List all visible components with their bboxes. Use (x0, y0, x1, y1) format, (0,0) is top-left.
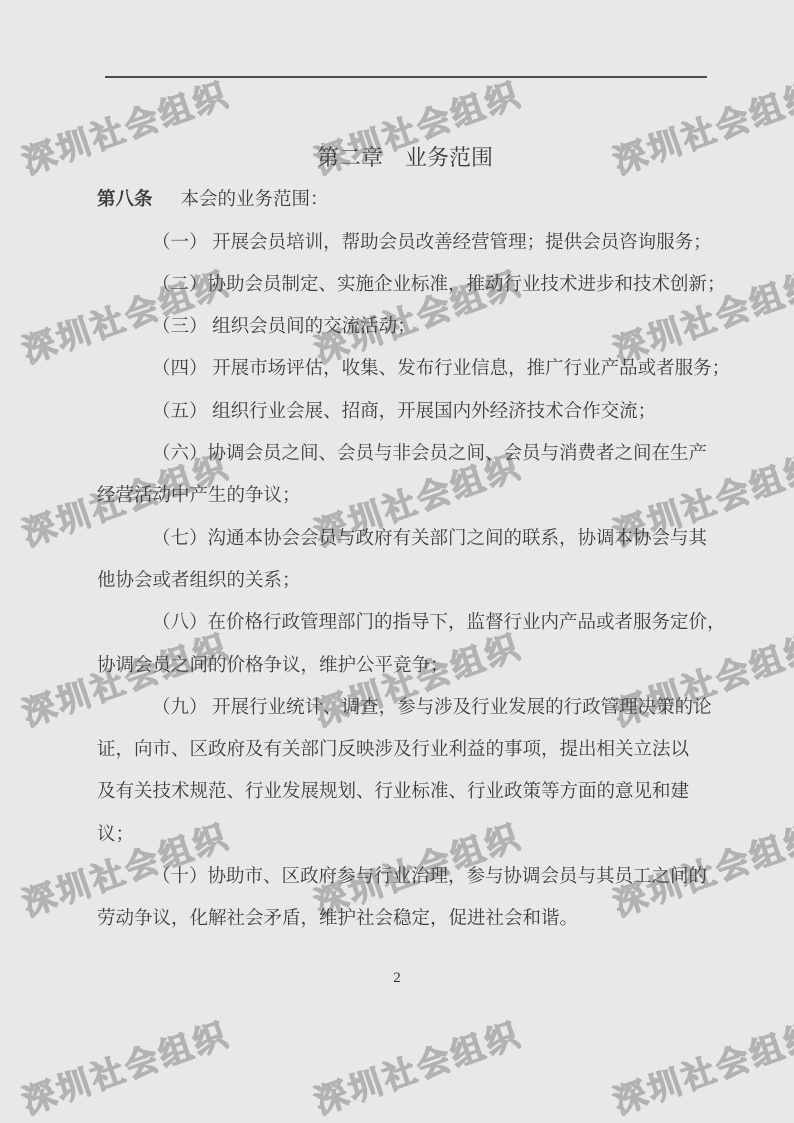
body-line: （四） 开展市场评估，收集、发布行业信息，推广行业产品或者服务； (97, 348, 713, 390)
watermark-text: 深圳社会组织 (8, 1016, 248, 1120)
watermark-text: 深圳社会组织 (599, 1016, 794, 1120)
body-line: 及有关技术规范、行业发展规划、行业标准、行业政策等方面的意见和建 (97, 771, 713, 813)
body-line: （二）协助会员制定、实施企业标准，推动行业技术进步和技术创新； (97, 264, 713, 306)
chapter-title: 第二章 业务范围 (97, 137, 713, 179)
article-body: （一） 开展会员培训，帮助会员改善经营管理；提供会员咨询服务；（二）协助会员制定… (97, 222, 713, 941)
body-line: （六）协调会员之间、会员与非会员之间、会员与消费者之间在生产 (97, 433, 713, 475)
body-line: （一） 开展会员培训，帮助会员改善经营管理；提供会员咨询服务； (97, 222, 713, 264)
body-line: （五） 组织行业会展、招商，开展国内外经济技术合作交流； (97, 391, 713, 433)
svg-text:深圳社会组织: 深圳社会组织 (608, 1014, 794, 1121)
body-line: 议； (97, 814, 713, 856)
article-number: 第八条 (97, 190, 153, 210)
svg-text:深圳社会组织: 深圳社会组织 (17, 1014, 234, 1121)
body-line: （十）协助市、区政府参与行业治理，参与协调会员与其员工之间的 (97, 856, 713, 898)
document-content: 第二章 业务范围 第八条本会的业务范围： （一） 开展会员培训，帮助会员改善经营… (97, 137, 713, 941)
body-line: 证，向市、区政府及有关部门反映涉及行业利益的事项，提出相关立法以 (97, 729, 713, 771)
header-rule (105, 76, 707, 78)
body-line: （九） 开展行业统计、调查，参与涉及行业发展的行政管理决策的论 (97, 687, 713, 729)
body-line: 经营活动中产生的争议； (97, 475, 713, 517)
article-intro: 本会的业务范围： (181, 190, 329, 210)
body-line: （八）在价格行政管理部门的指导下，监督行业内产品或者服务定价， (97, 602, 713, 644)
body-line: 劳动争议，化解社会矛盾，维护社会稳定，促进社会和谐。 (97, 898, 713, 940)
document-page: 深圳社会组织深圳社会组织深圳社会组织深圳社会组织深圳社会组织深圳社会组织深圳社会… (0, 0, 794, 1123)
svg-text:深圳社会组织: 深圳社会组织 (309, 1014, 526, 1121)
body-line: 协调会员之间的价格争议，维护公平竞争； (97, 645, 713, 687)
body-line: 他协会或者组织的关系； (97, 560, 713, 602)
article-heading: 第八条本会的业务范围： (97, 179, 713, 221)
watermark-text: 深圳社会组织 (300, 1016, 540, 1120)
body-line: （七）沟通本协会会员与政府有关部门之间的联系，协调本协会与其 (97, 518, 713, 560)
body-line: （三） 组织会员间的交流活动； (97, 306, 713, 348)
page-number: 2 (0, 970, 794, 987)
